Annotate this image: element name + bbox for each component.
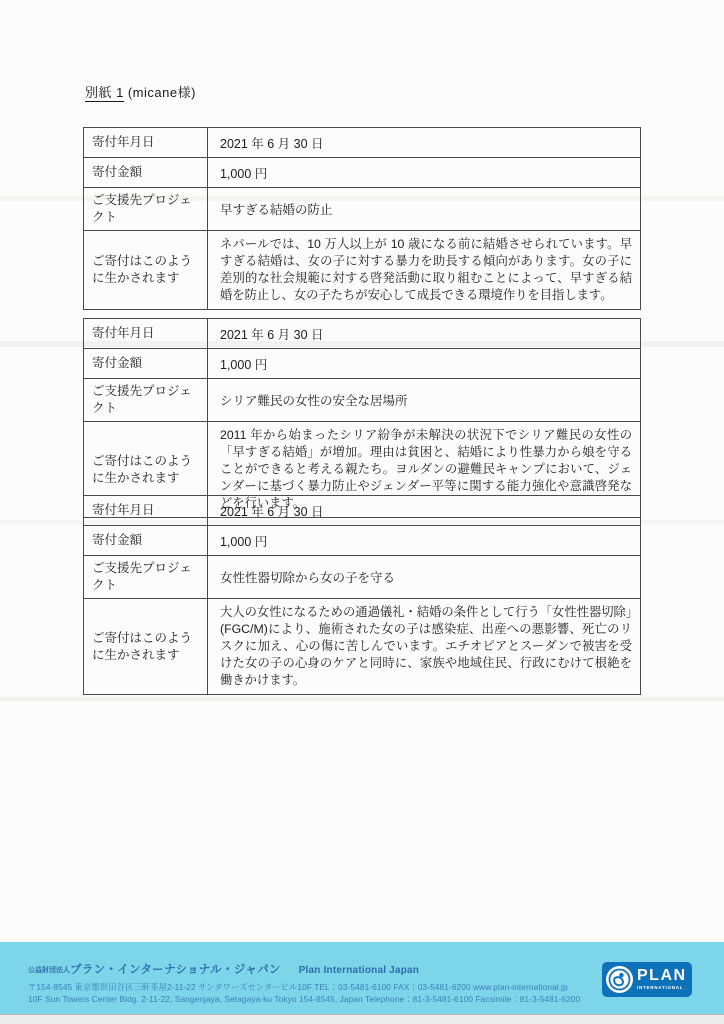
plan-logo: PLAN INTERNATIONAL [602, 962, 692, 997]
recipient-name: (micane様) [128, 85, 196, 100]
table-row: ご支援先プロジェクト シリア難民の女性の安全な居場所 [84, 379, 641, 422]
date-label: 寄付年月日 [84, 496, 208, 526]
attachment-header: 別紙 1(micane様) [85, 82, 196, 101]
amount-value: 1,000 円 [208, 349, 641, 379]
amount-value: 1,000 円 [208, 526, 641, 556]
date-label: 寄付年月日 [84, 319, 208, 349]
amount-label: 寄付金額 [84, 349, 208, 379]
project-value: シリア難民の女性の安全な居場所 [208, 379, 641, 422]
table-row: 寄付年月日 2021 年 6 月 30 日 [84, 496, 641, 526]
date-value: 2021 年 6 月 30 日 [208, 128, 641, 158]
usage-value: ネパールでは、10 万人以上が 10 歳になる前に結婚させられています。早すぎる… [208, 231, 641, 310]
project-label: ご支援先プロジェクト [84, 379, 208, 422]
date-value: 2021 年 6 月 30 日 [208, 319, 641, 349]
scan-bottom-edge [0, 1014, 724, 1024]
project-value: 早すぎる結婚の防止 [208, 188, 641, 231]
donation-table-3: 寄付年月日 2021 年 6 月 30 日 寄付金額 1,000 円 ご支援先プ… [83, 495, 641, 695]
plan-logo-word: PLAN [637, 968, 687, 984]
project-label: ご支援先プロジェクト [84, 556, 208, 599]
scanned-document-page: 別紙 1(micane様) 寄付年月日 2021 年 6 月 30 日 寄付金額… [0, 0, 724, 1024]
usage-label: ご寄付はこのように生かされます [84, 231, 208, 310]
table-row: 寄付金額 1,000 円 [84, 349, 641, 379]
table-row: ご支援先プロジェクト 早すぎる結婚の防止 [84, 188, 641, 231]
plan-logo-wordmark: PLAN INTERNATIONAL [637, 968, 687, 991]
table-row: ご寄付はこのように生かされます 大人の女性になるための通過儀礼・結婚の条件として… [84, 599, 641, 695]
amount-label: 寄付金額 [84, 526, 208, 556]
usage-value: 大人の女性になるための通過儀礼・結婚の条件として行う「女性性器切除」(FGC/M… [208, 599, 641, 695]
plan-logo-subtext: INTERNATIONAL [637, 986, 683, 991]
date-value: 2021 年 6 月 30 日 [208, 496, 641, 526]
donation-table-1: 寄付年月日 2021 年 6 月 30 日 寄付金額 1,000 円 ご支援先プ… [83, 127, 641, 310]
footer-address-en: 10F Sun Towers Center Bldg. 2-11-22, San… [28, 993, 580, 1005]
org-prefix: 公益財団法人 [28, 967, 70, 974]
footer-org-line: 公益財団法人プラン・インターナショナル・ジャパンPlan Internation… [28, 960, 580, 978]
table-row: 寄付金額 1,000 円 [84, 158, 641, 188]
org-name-en: Plan International Japan [299, 965, 419, 976]
footer-band: 公益財団法人プラン・インターナショナル・ジャパンPlan Internation… [0, 942, 724, 1014]
scan-streak [0, 697, 724, 701]
usage-label: ご寄付はこのように生かされます [84, 599, 208, 695]
org-name-ja: プラン・インターナショナル・ジャパン [70, 964, 281, 976]
amount-label: 寄付金額 [84, 158, 208, 188]
table-row: ご寄付はこのように生かされます ネパールでは、10 万人以上が 10 歳になる前… [84, 231, 641, 310]
table-row: ご支援先プロジェクト 女性性器切除から女の子を守る [84, 556, 641, 599]
footer-address-ja: 〒154-8545 東京都世田谷区三軒茶屋2-11-22 サンタワーズセンタービ… [28, 981, 580, 993]
project-label: ご支援先プロジェクト [84, 188, 208, 231]
table-row: 寄付年月日 2021 年 6 月 30 日 [84, 319, 641, 349]
table-row: 寄付金額 1,000 円 [84, 526, 641, 556]
table-row: 寄付年月日 2021 年 6 月 30 日 [84, 128, 641, 158]
date-label: 寄付年月日 [84, 128, 208, 158]
attachment-label: 別紙 1 [85, 85, 124, 102]
project-value: 女性性器切除から女の子を守る [208, 556, 641, 599]
plan-logo-mark-icon [606, 966, 633, 993]
donation-table-2: 寄付年月日 2021 年 6 月 30 日 寄付金額 1,000 円 ご支援先プ… [83, 318, 641, 518]
amount-value: 1,000 円 [208, 158, 641, 188]
footer-text-block: 公益財団法人プラン・インターナショナル・ジャパンPlan Internation… [28, 960, 580, 1005]
